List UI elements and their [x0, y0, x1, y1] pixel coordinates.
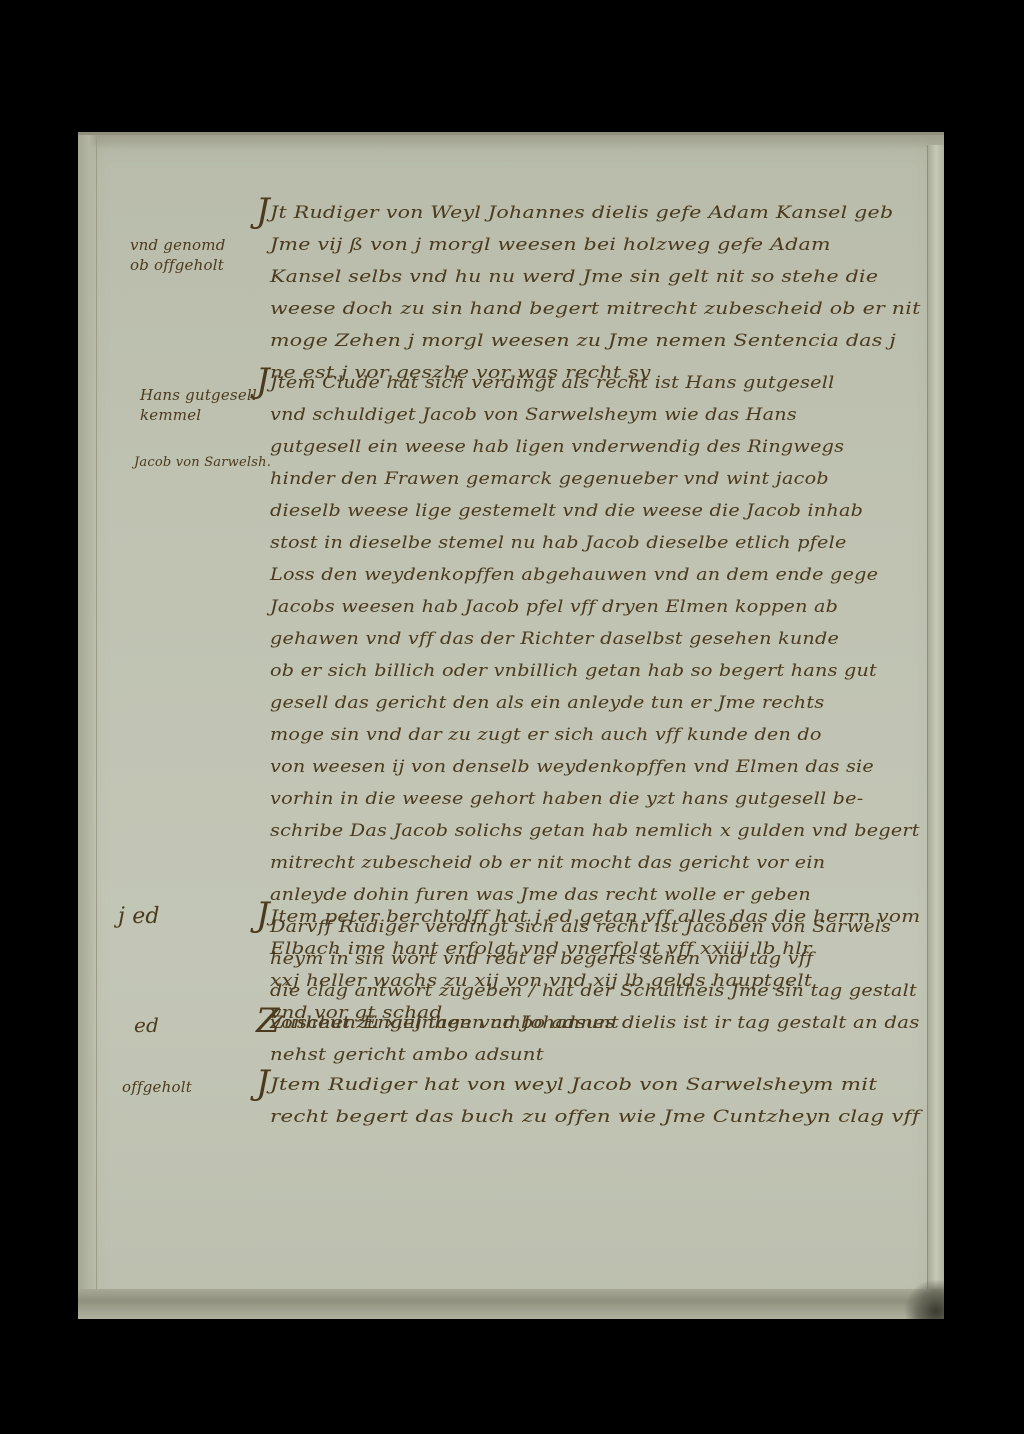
paragraph-mark-icon: J: [256, 895, 270, 935]
paragraph-mark-icon: J: [256, 191, 270, 231]
text-line: Loss den weydenkopffen abgehauwen vnd an…: [270, 559, 920, 591]
text-line: vorhin in die weese gehort haben die yzt…: [270, 783, 920, 815]
entry-1: J Jt Rudiger von Weyl Johannes dielis ge…: [270, 197, 808, 389]
text-line: dieselb weese lige gestemelt vnd die wee…: [270, 495, 920, 527]
text-line: stost in dieselbe stemel nu hab Jacob di…: [270, 527, 920, 559]
page-top-edge: [78, 135, 944, 149]
page-left-edge: [78, 135, 97, 1319]
text-line: xxj heller wachs zu xij von vnd xij lb g…: [270, 965, 920, 997]
text-line: nehst gericht ambo adsunt: [270, 1039, 920, 1071]
text-line: gesell das gericht den als ein anleyde t…: [270, 687, 920, 719]
margin-note: offgeholt: [122, 1077, 192, 1097]
text-line: Elbach ime hant erfolgt vnd vnerfolgt vf…: [270, 933, 920, 965]
text-line: vnd schuldiget Jacob von Sarwelsheym wie…: [270, 399, 920, 431]
margin-note: ed: [134, 1015, 159, 1035]
entry-5: J Jtem Rudiger hat von weyl Jacob von Sa…: [270, 1069, 787, 1133]
book-binding-strip: [927, 145, 944, 1305]
corner-damage: [904, 1279, 944, 1319]
text-line: mitrecht zubescheid ob er nit mocht das …: [270, 847, 920, 879]
text-line: Jacobs weesen hab Jacob pfel vff dryen E…: [270, 591, 920, 623]
text-line: Jt Rudiger von Weyl Johannes dielis gefe…: [270, 197, 921, 229]
manuscript-page: vnd genomd ob offgeholt Hans gutgesell k…: [78, 132, 944, 1319]
text-line: weese doch zu sin hand begert mitrecht z…: [270, 293, 921, 325]
margin-note: vnd genomd ob offgeholt: [130, 235, 226, 275]
text-line: gehawen vnd vff das der Richter daselbst…: [270, 623, 920, 655]
text-line: schribe Das Jacob solichs getan hab neml…: [270, 815, 920, 847]
paragraph-mark-icon: J: [256, 1063, 270, 1103]
text-line: Kansel selbs vnd hu nu werd Jme sin gelt…: [270, 261, 921, 293]
text-line: Jtem Rudiger hat von weyl Jacob von Sarw…: [270, 1069, 920, 1101]
text-line: Zuschen Engelnhen vnd Johannes dielis is…: [270, 1007, 920, 1039]
text-line: Jme vij ß von j morgl weesen bei holzweg…: [270, 229, 921, 261]
margin-note: Hans gutgesell kemmel: [140, 385, 257, 425]
text-line: gutgesell ein weese hab ligen vnderwendi…: [270, 431, 920, 463]
text-line: moge Zehen j morgl weesen zu Jme nemen S…: [270, 325, 921, 357]
paragraph-mark-icon: J: [256, 361, 270, 401]
margin-note: j ed: [118, 907, 160, 927]
text-line: Jtem Clude hat sich verdingt als recht i…: [270, 367, 920, 399]
margin-note: Jacob von Sarwelsh.: [134, 453, 271, 473]
text-line: recht begert das buch zu offen wie Jme C…: [270, 1101, 920, 1133]
text-line: von weesen ij von denselb weydenkopffen …: [270, 751, 920, 783]
entry-4: Z Zuschen Engelnhen vnd Johannes dielis …: [270, 1007, 831, 1071]
page-bottom-edge: [78, 1289, 944, 1319]
text-line: moge sin vnd dar zu zugt er sich auch vf…: [270, 719, 920, 751]
text-line: Jtem peter berchtolff hat j ed getan vff…: [270, 901, 920, 933]
text-line: hinder den Frawen gemarck gegenueber vnd…: [270, 463, 920, 495]
text-line: ob er sich billich oder vnbillich getan …: [270, 655, 920, 687]
